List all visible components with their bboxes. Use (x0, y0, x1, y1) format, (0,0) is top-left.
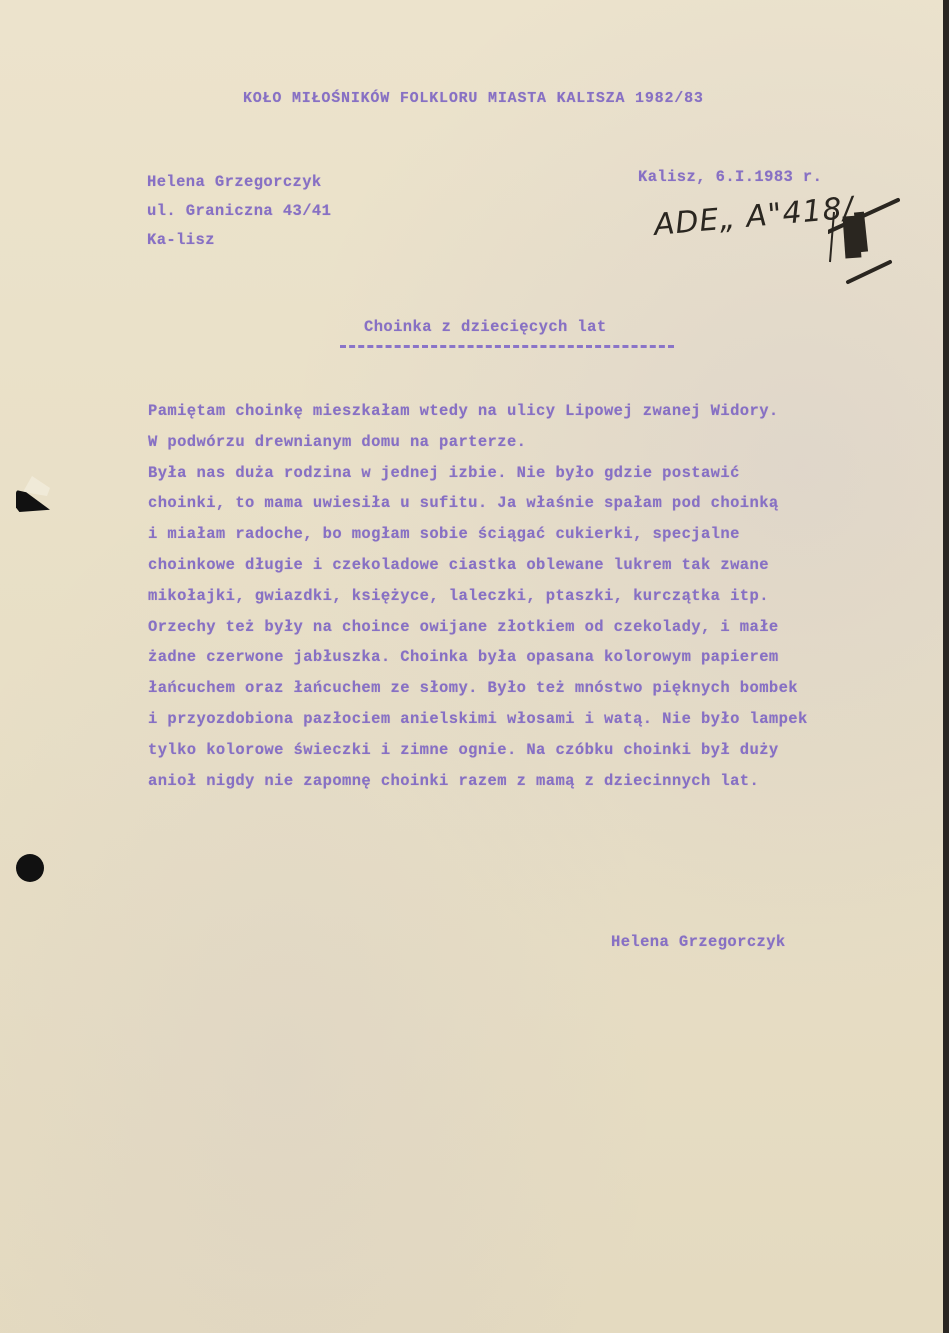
body-line: Pamiętam choinkę mieszkałam wtedy na uli… (148, 396, 943, 427)
body-line: i miałam radoche, bo mogłam sobie ściąga… (148, 519, 943, 550)
scan-edge-border (943, 0, 949, 1333)
document-title: Choinka z dziecięcych lat (364, 318, 607, 336)
body-line: tylko kolorowe świeczki i zimne ognie. N… (148, 735, 943, 766)
sender-street: ul. Graniczna 43/41 (147, 197, 331, 226)
body-line: choinkowe długie i czekoladowe ciastka o… (148, 550, 943, 581)
punch-hole (16, 854, 44, 882)
sender-name: Helena Grzegorczyk (147, 168, 331, 197)
handwritten-scribble-mark (828, 192, 900, 288)
body-line: Była nas duża rodzina w jednej izbie. Ni… (148, 458, 943, 489)
body-line: i przyozdobiona pazłociem anielskimi wło… (148, 704, 943, 735)
organization-header: KOŁO MIŁOŚNIKÓW FOLKLORU MIASTA KALISZA … (243, 90, 704, 107)
body-line: W podwórzu drewnianym domu na parterze. (148, 427, 943, 458)
body-line: choinki, to mama uwiesiła u sufitu. Ja w… (148, 488, 943, 519)
title-underline (340, 345, 674, 348)
body-line: Orzechy też były na choince owijane złot… (148, 612, 943, 643)
letter-date: Kalisz, 6.I.1983 r. (638, 168, 822, 186)
signature: Helena Grzegorczyk (611, 933, 786, 951)
body-line: żadne czerwone jabłuszka. Choinka była o… (148, 642, 943, 673)
sender-address-block: Helena Grzegorczyk ul. Graniczna 43/41 K… (147, 168, 331, 255)
body-line: łańcuchem oraz łańcuchem ze słomy. Było … (148, 673, 943, 704)
letter-body: Pamiętam choinkę mieszkałam wtedy na uli… (148, 396, 943, 796)
body-line: mikołajki, gwiazdki, księżyce, laleczki,… (148, 581, 943, 612)
document-page: KOŁO MIŁOŚNIKÓW FOLKLORU MIASTA KALISZA … (0, 0, 943, 1333)
handwritten-archive-note: ADE„ A"418/ (652, 191, 855, 243)
sender-city: Ka-lisz (147, 226, 331, 255)
body-line: anioł nigdy nie zapomnę choinki razem z … (148, 766, 943, 797)
